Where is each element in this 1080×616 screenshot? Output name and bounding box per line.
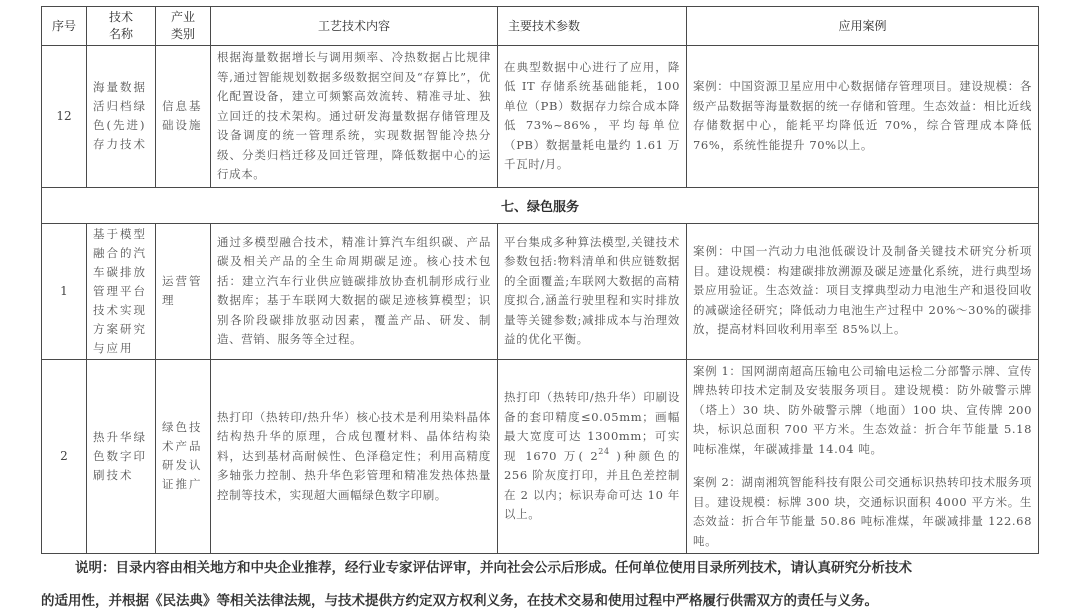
- superscript: 24: [598, 447, 609, 456]
- row-category: 信息基础设施: [156, 46, 211, 188]
- row-params: 在典型数据中心进行了应用，降低 IT 存储系统基础能耗，100 单位（PB）数据…: [498, 46, 687, 188]
- header-params: 主要技术参数: [498, 7, 687, 46]
- row-tech-name: 热升华绿色数字印刷技术: [87, 359, 156, 554]
- table-row: 2 热升华绿色数字印刷技术 绿色技术产品研发认证推广 热打印（热转印/热升华）核…: [42, 359, 1039, 554]
- row-content: 根据海量数据增长与调用频率、冷热数据占比规律等,通过智能规划数据多级数据空间及“…: [211, 46, 498, 188]
- technology-catalog-table: 序号 技术 名称 产业 类别 工艺技术内容 主要技术参数 应用案例 12 海量数…: [41, 6, 1039, 554]
- header-tech-name: 技术 名称: [87, 7, 156, 46]
- row-cases: 案例 1：国网湖南超高压输电公司输电运检二分部警示牌、宣传牌热转印技术定制及安装…: [687, 359, 1039, 554]
- explanatory-note: 说明：目录内容由相关地方和中央企业推荐，经行业专家评估评审，并向社会公示后形成。…: [41, 552, 1041, 616]
- row-category: 运营管理: [156, 223, 211, 359]
- table-header-row: 序号 技术 名称 产业 类别 工艺技术内容 主要技术参数 应用案例: [42, 7, 1039, 46]
- table-row: 12 海量数据活归档绿色(先进)存力技术 信息基础设施 根据海量数据增长与调用频…: [42, 46, 1039, 188]
- header-category: 产业 类别: [156, 7, 211, 46]
- row-content: 热打印（热转印/热升华）核心技术是利用染料晶体结构热升华的原理，合成包覆材料、晶…: [211, 359, 498, 554]
- row-cases: 案例：中国一汽动力电池低碳设计及制备关键技术研究分析项目。建设规模：构建碳排放溯…: [687, 223, 1039, 359]
- table-row: 1 基于模型融合的汽车碳排放管理平台技术实现方案研究与应用 运营管理 通过多模型…: [42, 223, 1039, 359]
- header-index: 序号: [42, 7, 87, 46]
- row-params: 热打印（热转印/热升华）印刷设备的套印精度≤0.05mm；画幅最大宽度可达 13…: [498, 359, 687, 554]
- section-row: 七、绿色服务: [42, 187, 1039, 223]
- header-content: 工艺技术内容: [211, 7, 498, 46]
- header-cases: 应用案例: [687, 7, 1039, 46]
- row-tech-name: 基于模型融合的汽车碳排放管理平台技术实现方案研究与应用: [87, 223, 156, 359]
- case-1: 案例 1：国网湖南超高压输电公司输电运检二分部警示牌、宣传牌热转印技术定制及安装…: [693, 362, 1032, 460]
- row-content: 通过多模型融合技术，精准计算汽车组织碳、产品碳及相关产品的全生命周期碳足迹。核心…: [211, 223, 498, 359]
- note-line-2: 的适用性，并根据《民法典》等相关法律法规，与技术提供方约定双方权利义务，在技术交…: [41, 585, 1041, 616]
- case-2: 案例 2：湖南湘筑智能科技有限公司交通标识热转印技术服务项目。建设规模：标牌 3…: [693, 473, 1032, 551]
- row-params: 平台集成多种算法模型,关键技术参数包括:物料清单和供应链数据的全面覆盖;车联网大…: [498, 223, 687, 359]
- document-page: 序号 技术 名称 产业 类别 工艺技术内容 主要技术参数 应用案例 12 海量数…: [0, 0, 1080, 616]
- case-spacer: [693, 459, 1032, 473]
- row-index: 2: [42, 359, 87, 554]
- row-category: 绿色技术产品研发认证推广: [156, 359, 211, 554]
- note-line-1: 说明：目录内容由相关地方和中央企业推荐，经行业专家评估评审，并向社会公示后形成。…: [41, 552, 1041, 585]
- section-title: 七、绿色服务: [42, 187, 1039, 223]
- row-index: 1: [42, 223, 87, 359]
- row-index: 12: [42, 46, 87, 188]
- row-tech-name: 海量数据活归档绿色(先进)存力技术: [87, 46, 156, 188]
- row-cases: 案例：中国资源卫星应用中心数据储存管理项目。建设规模：各级产品数据等海量数据的统…: [687, 46, 1039, 188]
